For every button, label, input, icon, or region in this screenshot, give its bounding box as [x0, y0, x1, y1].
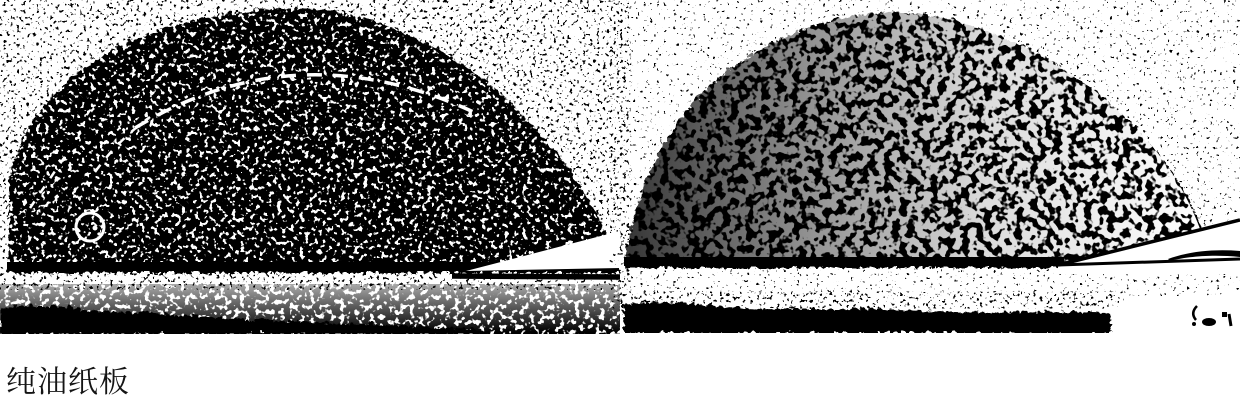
- debris-marks-right: [1192, 306, 1231, 326]
- bubble-dot: [93, 226, 98, 231]
- needle-baseline-left: [452, 276, 620, 277]
- droplet-photos: [0, 0, 1240, 345]
- figure-caption: 纯油纸板: [6, 366, 130, 400]
- droplet-photo-left: [0, 0, 620, 334]
- droplet-photo-right: [620, 0, 1240, 331]
- figure-page: 纯油纸板: [0, 0, 1240, 411]
- droplet-right-baseline: [624, 257, 1064, 266]
